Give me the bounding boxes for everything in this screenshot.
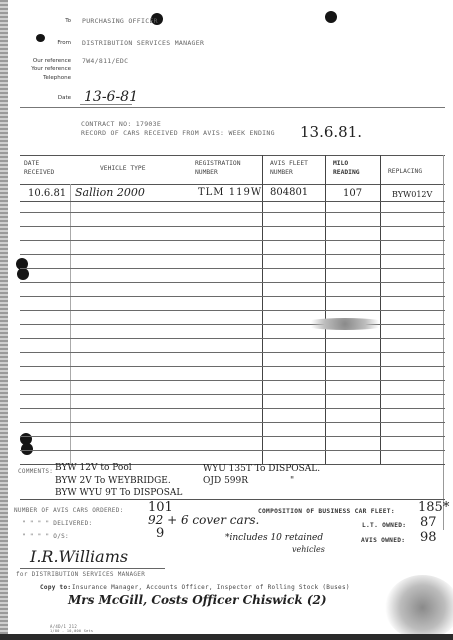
cell-vehicle: Sallion 2000 (75, 186, 145, 199)
comments-bottom-rule (20, 499, 445, 500)
your-reference-label: Your reference (11, 66, 71, 72)
comment-line: BYW WYU 9T To DISPOSAL (55, 488, 182, 498)
punch-hole (17, 268, 29, 280)
avis-owned-label: AVIS OWNED: (361, 537, 405, 544)
comment-line: WYU 135T To DISPOSAL. (203, 464, 320, 474)
date-label: Date (11, 95, 71, 101)
comment-line: OJD 599R (203, 476, 248, 486)
footnote-line2: vehicles (292, 545, 325, 554)
row-rule (20, 450, 445, 451)
row-rule (20, 310, 445, 311)
fleet-label: COMPOSITION OF BUSINESS CAR FLEET: (258, 508, 395, 515)
row-rule (20, 296, 445, 297)
scan-bottom-edge (0, 634, 453, 640)
punch-hole (325, 11, 337, 23)
row-rule (20, 380, 445, 381)
cell-milo: 107 (343, 188, 362, 199)
to-value: PURCHASING OFFICER (82, 17, 158, 25)
header-registration-number: REGISTRATION NUMBER (195, 159, 265, 177)
scan-smudge (300, 318, 390, 330)
from-value: DISTRIBUTION SERVICES MANAGER (82, 39, 204, 47)
signature-rule (20, 568, 165, 569)
table-top-rule (20, 155, 445, 156)
row-rule (20, 366, 445, 367)
comment-line: BYW 12V to Pool (55, 463, 132, 473)
header-replacing: REPLACING (388, 167, 422, 176)
row-rule (20, 408, 445, 409)
row-rule (20, 394, 445, 395)
cell-replacing: BYW012V (392, 190, 432, 199)
header-rule (20, 107, 445, 108)
os-value: 9 (156, 526, 164, 541)
os-label: " " " " O/S: (22, 533, 69, 540)
cell-registration: TLM 119W (198, 187, 262, 198)
lt-owned-value: 87 (420, 515, 437, 530)
row-rule (20, 201, 445, 202)
row-rule (20, 226, 445, 227)
our-reference-label: Our reference (11, 58, 71, 64)
contract-line: CONTRACT NO: 17903E (81, 120, 161, 128)
table-header-rule (20, 184, 445, 185)
header-milo-reading: MILO READING (333, 159, 373, 177)
telephone-label: Telephone (11, 75, 71, 81)
cell-date: 10.6.81 (28, 188, 66, 199)
scan-smudge (385, 575, 453, 640)
date-value: 13-6-81 (84, 89, 138, 105)
to-label: To (11, 18, 71, 24)
row-rule (20, 268, 445, 269)
comment-line: BYW 2V To WEYBRIDGE. (55, 476, 171, 486)
header-vehicle-type: VEHICLE TYPE (100, 164, 146, 173)
row-rule (20, 254, 445, 255)
copy-to-label: Copy to: (40, 584, 71, 591)
signatory-title: for DISTRIBUTION SERVICES MANAGER (16, 571, 145, 578)
our-reference-value: 7W4/811/EDC (82, 57, 128, 65)
header-avis-fleet-number: AVIS FLEET NUMBER (270, 159, 320, 177)
delivered-label: " " " " DELIVERED: (22, 520, 92, 527)
cell-fleet: 804801 (270, 187, 308, 198)
header-date-received: DATE RECEIVED (24, 159, 64, 177)
row-rule (20, 352, 445, 353)
copy-to-list: Insurance Manager, Accounts Officer, Ins… (72, 584, 350, 591)
row-rule (20, 240, 445, 241)
from-label: From (11, 40, 71, 46)
scan-edge (0, 0, 8, 640)
week-ending-value: 13.6.81. (300, 123, 362, 141)
fleet-value: 185* (418, 500, 449, 515)
delivered-value: 92 + 6 cover cars. (148, 513, 259, 527)
comments-label: COMMENTS: (18, 468, 53, 475)
copy-to-handwritten: Mrs McGill, Costs Officer Chiswick (2) (68, 593, 327, 607)
lt-owned-label: L.T. OWNED: (362, 522, 406, 529)
comment-line: " (290, 476, 294, 486)
footnote-line1: *includes 10 retained (225, 533, 323, 543)
punch-hole (21, 443, 33, 455)
row-rule (20, 422, 445, 423)
form-code-line2: 1/80 - 10,000 Sets (50, 629, 93, 633)
avis-owned-value: 98 (420, 530, 437, 545)
row-rule (20, 212, 445, 213)
row-rule (20, 436, 445, 437)
row-rule (20, 282, 445, 283)
record-line: RECORD OF CARS RECEIVED FROM AVIS: WEEK … (81, 129, 275, 137)
ordered-label: NUMBER OF AVIS CARS ORDERED: (14, 507, 124, 514)
row-rule (20, 338, 445, 339)
date-underline (80, 104, 132, 105)
signature: I.R.Williams (30, 547, 128, 566)
